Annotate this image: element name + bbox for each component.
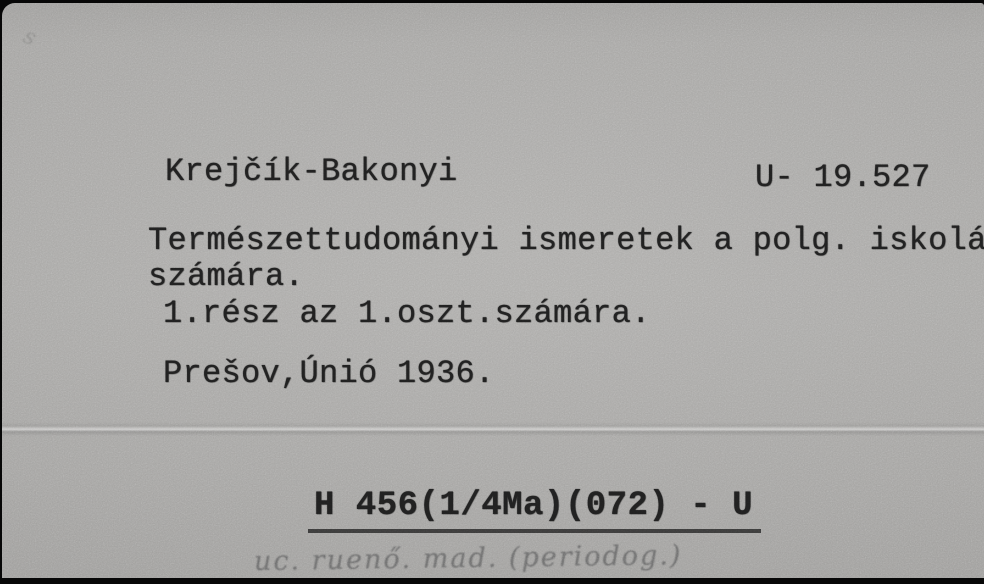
shelfmark-number: U- 19.527 xyxy=(755,159,931,196)
imprint-line: Prešov,Únió 1936. xyxy=(163,355,495,392)
call-number: H 456(1/4Ma)(072) - U xyxy=(308,487,761,533)
part-statement: 1.rész az 1.oszt.számára. xyxy=(163,295,651,332)
catalog-card-paper: s Krejčík-Bakonyi U- 19.527 Természettud… xyxy=(2,3,984,578)
handwritten-note: uc. ruenő. mad. (periodog.) xyxy=(254,540,683,577)
scanned-catalog-card: s Krejčík-Bakonyi U- 19.527 Természettud… xyxy=(0,0,984,584)
title-line-2: számára. xyxy=(148,258,304,295)
author-heading: Krejčík-Bakonyi xyxy=(165,153,458,190)
title-line-1: Természettudományi ismeretek a polg. isk… xyxy=(148,222,984,259)
pencil-corner-mark: s xyxy=(19,24,39,51)
fold-crease xyxy=(2,422,984,436)
